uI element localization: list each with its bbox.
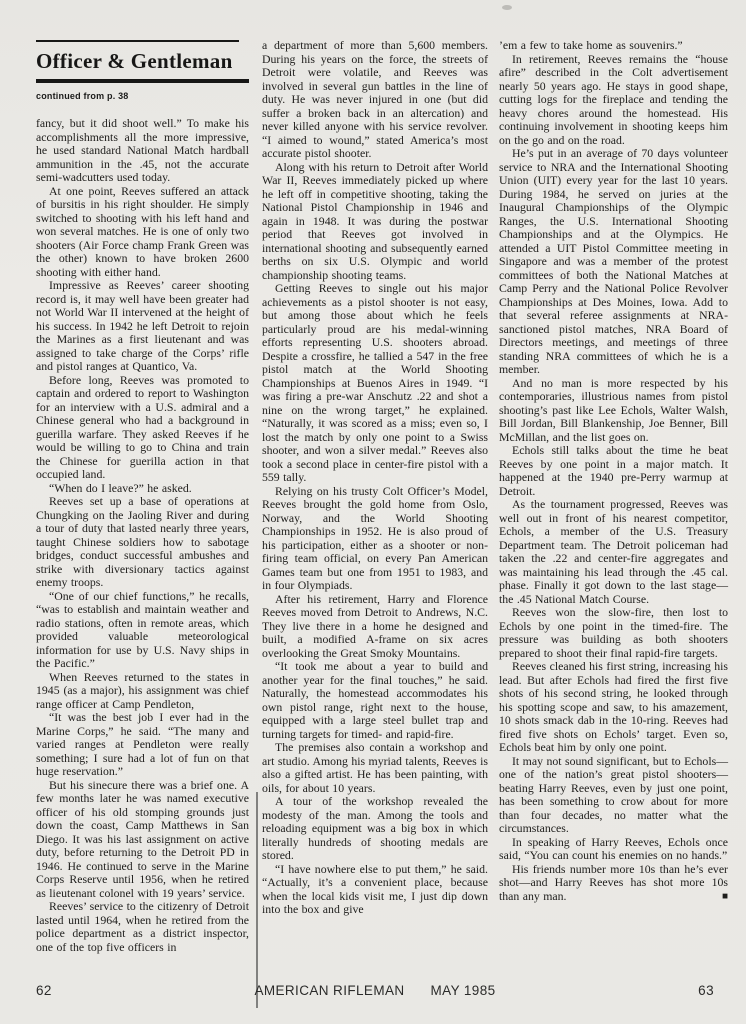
article-paragraph: Reeves’ service to the citizenry of Detr… [36, 900, 249, 954]
article-paragraph: After his retirement, Harry and Florence… [262, 593, 488, 661]
article-paragraph: In retirement, Reeves remains the “house… [499, 53, 728, 148]
article-paragraph: Along with his return to Detroit after W… [262, 161, 488, 283]
article-paragraph: a department of more than 5,600 members.… [262, 39, 488, 161]
article-paragraph: At one point, Reeves suffered an attack … [36, 185, 249, 280]
article-paragraph: A tour of the workshop revealed the mode… [262, 795, 488, 863]
article-paragraph: Relying on his trusty Colt Officer’s Mod… [262, 485, 488, 593]
scan-smudge-artifact [502, 5, 512, 10]
article-paragraph: Reeves won the slow-fire, then lost to E… [499, 606, 728, 660]
page-number-left: 62 [36, 983, 52, 998]
article-paragraph: The premises also contain a workshop and… [262, 741, 488, 795]
article-paragraph: But his sinecure there was a brief one. … [36, 779, 249, 901]
article-paragraph: “It was the best job I ever had in the M… [36, 711, 249, 779]
magazine-name: AMERICAN RIFLEMAN [254, 983, 404, 998]
header-rule [36, 79, 249, 83]
article-paragraph: Reeves cleaned his first string, increas… [499, 660, 728, 755]
article-paragraph: Before long, Reeves was promoted to capt… [36, 374, 249, 482]
magazine-page-spread: Officer & Gentleman continued from p. 38… [0, 0, 746, 1024]
article-paragraph: “One of our chief functions,” he recalls… [36, 590, 249, 671]
column-1-text: fancy, but it did shoot well.” To make h… [36, 117, 249, 954]
article-paragraph: He’s put in an average of 70 days volunt… [499, 147, 728, 377]
article-paragraph: As the tournament progressed, Reeves was… [499, 498, 728, 606]
issue-date: MAY 1985 [431, 983, 496, 998]
article-paragraph: “It took me about a year to build and an… [262, 660, 488, 741]
article-paragraph: Reeves set up a base of operations at Ch… [36, 495, 249, 590]
end-of-article-mark: ■ [709, 890, 728, 904]
article-paragraph: In speaking of Harry Reeves, Echols once… [499, 836, 728, 863]
article-paragraph: ’em a few to take home as souvenirs.” [499, 39, 728, 53]
column-3-text: ’em a few to take home as souvenirs.”In … [499, 39, 728, 903]
article-paragraph: His friends number more 10s than he’s ev… [499, 863, 728, 904]
article-paragraph: Echols still talks about the time he bea… [499, 444, 728, 498]
article-column-3: ’em a few to take home as souvenirs.”In … [499, 39, 728, 903]
scan-scratch-artifact [256, 792, 258, 1008]
article-column-1: Officer & Gentleman continued from p. 38… [36, 40, 249, 954]
article-column-2: a department of more than 5,600 members.… [262, 39, 488, 917]
article-paragraph: When Reeves returned to the states in 19… [36, 671, 249, 712]
column-2-text: a department of more than 5,600 members.… [262, 39, 488, 917]
article-paragraph: And no man is more respected by his cont… [499, 377, 728, 445]
footer-center: AMERICAN RIFLEMAN MAY 1985 [52, 983, 698, 998]
article-paragraph: fancy, but it did shoot well.” To make h… [36, 117, 249, 185]
page-number-right: 63 [698, 983, 714, 998]
continued-from-note: continued from p. 38 [36, 91, 249, 101]
article-header: Officer & Gentleman continued from p. 38 [36, 40, 249, 101]
article-paragraph: Impressive as Reeves’ career shooting re… [36, 279, 249, 374]
article-paragraph: Getting Reeves to single out his major a… [262, 282, 488, 485]
article-title: Officer & Gentleman [36, 40, 239, 76]
page-footer: 62 AMERICAN RIFLEMAN MAY 1985 63 [36, 983, 714, 998]
article-paragraph: “When do I leave?” he asked. [36, 482, 249, 496]
article-paragraph: It may not sound significant, but to Ech… [499, 755, 728, 836]
article-paragraph: “I have nowhere else to put them,” he sa… [262, 863, 488, 917]
